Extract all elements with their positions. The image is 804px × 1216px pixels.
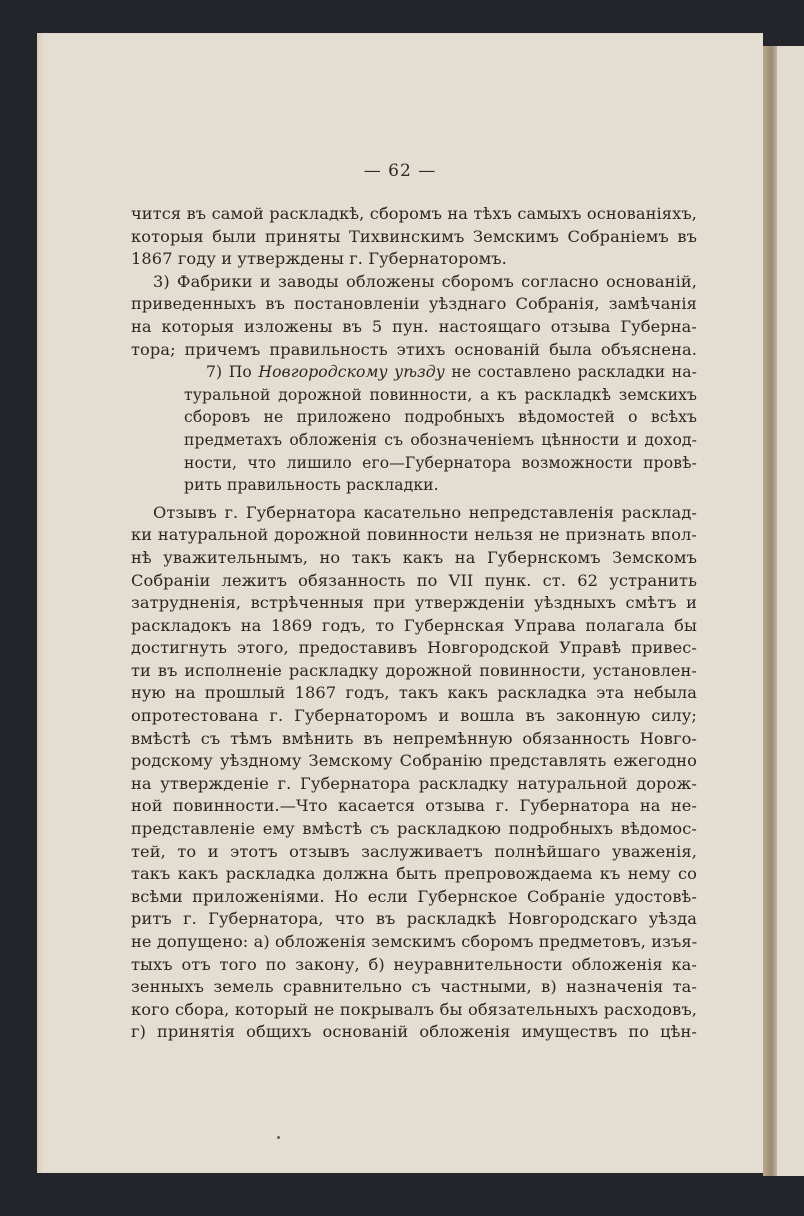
text-line: затрудненія, встрѣченныя при утвержденіи… <box>131 592 697 615</box>
text-line: на которыя изложены въ 5 пун. настоящаго… <box>131 316 697 339</box>
text-line: Отзывъ г. Губернатора касательно непредс… <box>131 502 697 525</box>
text-line: ритъ г. Губернатора, что въ раскладкѣ Но… <box>131 908 697 931</box>
paragraph-continuation: чится въ самой раскладкѣ, сборомъ на тѣх… <box>131 203 697 271</box>
text-line: ной повинности.—Что касается отзыва г. Г… <box>131 795 697 818</box>
text-line: зенныхъ земель сравнительно съ частными,… <box>131 976 697 999</box>
text-line: сборовъ не приложено подробныхъ вѣдомост… <box>131 406 697 429</box>
text-line: 1867 году и утверждены г. Губернаторомъ. <box>131 248 697 271</box>
text-line: раскладокъ на 1869 годъ, то Губернская У… <box>131 615 697 638</box>
text-line: 3) Фабрики и заводы обложены сборомъ сог… <box>131 271 697 294</box>
text-line: 7) По Новгородскому уѣзду не составлено … <box>131 361 697 384</box>
text-line: вмѣстѣ съ тѣмъ вмѣнить въ непремѣнную об… <box>131 728 697 751</box>
text-line: чится въ самой раскладкѣ, сборомъ на тѣх… <box>131 203 697 226</box>
text-line: не допущено: а) обложенія земскимъ сборо… <box>131 931 697 954</box>
text-line: тей, то и этотъ отзывъ заслуживаетъ полн… <box>131 841 697 864</box>
text-line: приведенныхъ въ постановленіи уѣзднаго С… <box>131 293 697 316</box>
text-line: кого сбора, который не покрывалъ бы обяз… <box>131 999 697 1022</box>
quote-prefix: 7) По <box>206 363 258 381</box>
text-line: всѣми приложеніями. Но если Губернское С… <box>131 886 697 909</box>
page-number: — 62 — <box>37 161 763 181</box>
text-line: Собраніи лежитъ обязанность по VII пунк.… <box>131 570 697 593</box>
text-line: г) принятія общихъ основаній обложенія и… <box>131 1021 697 1044</box>
text-line: которыя были приняты Тихвинскимъ Земским… <box>131 226 697 249</box>
text-line: достигнуть этого, предоставивъ Новгородс… <box>131 637 697 660</box>
book-gutter <box>763 46 777 1176</box>
text-line: тыхъ отъ того по закону, б) неуравнитель… <box>131 954 697 977</box>
quote-suffix: не составлено раскладки на- <box>445 363 697 381</box>
ink-speck <box>277 1136 280 1139</box>
text-line: представленіе ему вмѣстѣ съ раскладкою п… <box>131 818 697 841</box>
page-text: чится въ самой раскладкѣ, сборомъ на тѣх… <box>131 203 697 1044</box>
text-line: на утвержденіе г. Губернатора раскладку … <box>131 773 697 796</box>
text-line: опротестована г. Губернаторомъ и вошла в… <box>131 705 697 728</box>
text-line: туральной дорожной повинности, а къ раск… <box>131 384 697 407</box>
text-line: ти въ исполненіе раскладку дорожной пови… <box>131 660 697 683</box>
next-page-edge <box>777 46 804 1176</box>
text-line: ки натуральной дорожной повинности нельз… <box>131 524 697 547</box>
text-line: рить правильность раскладки. <box>131 474 697 497</box>
paragraph-item-3: 3) Фабрики и заводы обложены сборомъ сог… <box>131 271 697 361</box>
text-line: родскому уѣздному Земскому Собранію пред… <box>131 750 697 773</box>
paragraph-response: Отзывъ г. Губернатора касательно непредс… <box>131 502 697 1044</box>
text-line: такъ какъ раскладка должна быть препрово… <box>131 863 697 886</box>
text-line: тора; причемъ правильность этихъ основан… <box>131 339 697 362</box>
text-line: ности, что лишило его—Губернатора возмож… <box>131 452 697 475</box>
text-line: ную на прошлый 1867 годъ, такъ какъ раск… <box>131 682 697 705</box>
text-line: предметахъ обложенія съ обозначеніемъ цѣ… <box>131 429 697 452</box>
text-line: нѣ уважительнымъ, но такъ какъ на Губерн… <box>131 547 697 570</box>
quoted-item-7: 7) По Новгородскому уѣзду не составлено … <box>131 361 697 497</box>
quote-italic-phrase: Новгородскому уѣзду <box>258 363 445 381</box>
